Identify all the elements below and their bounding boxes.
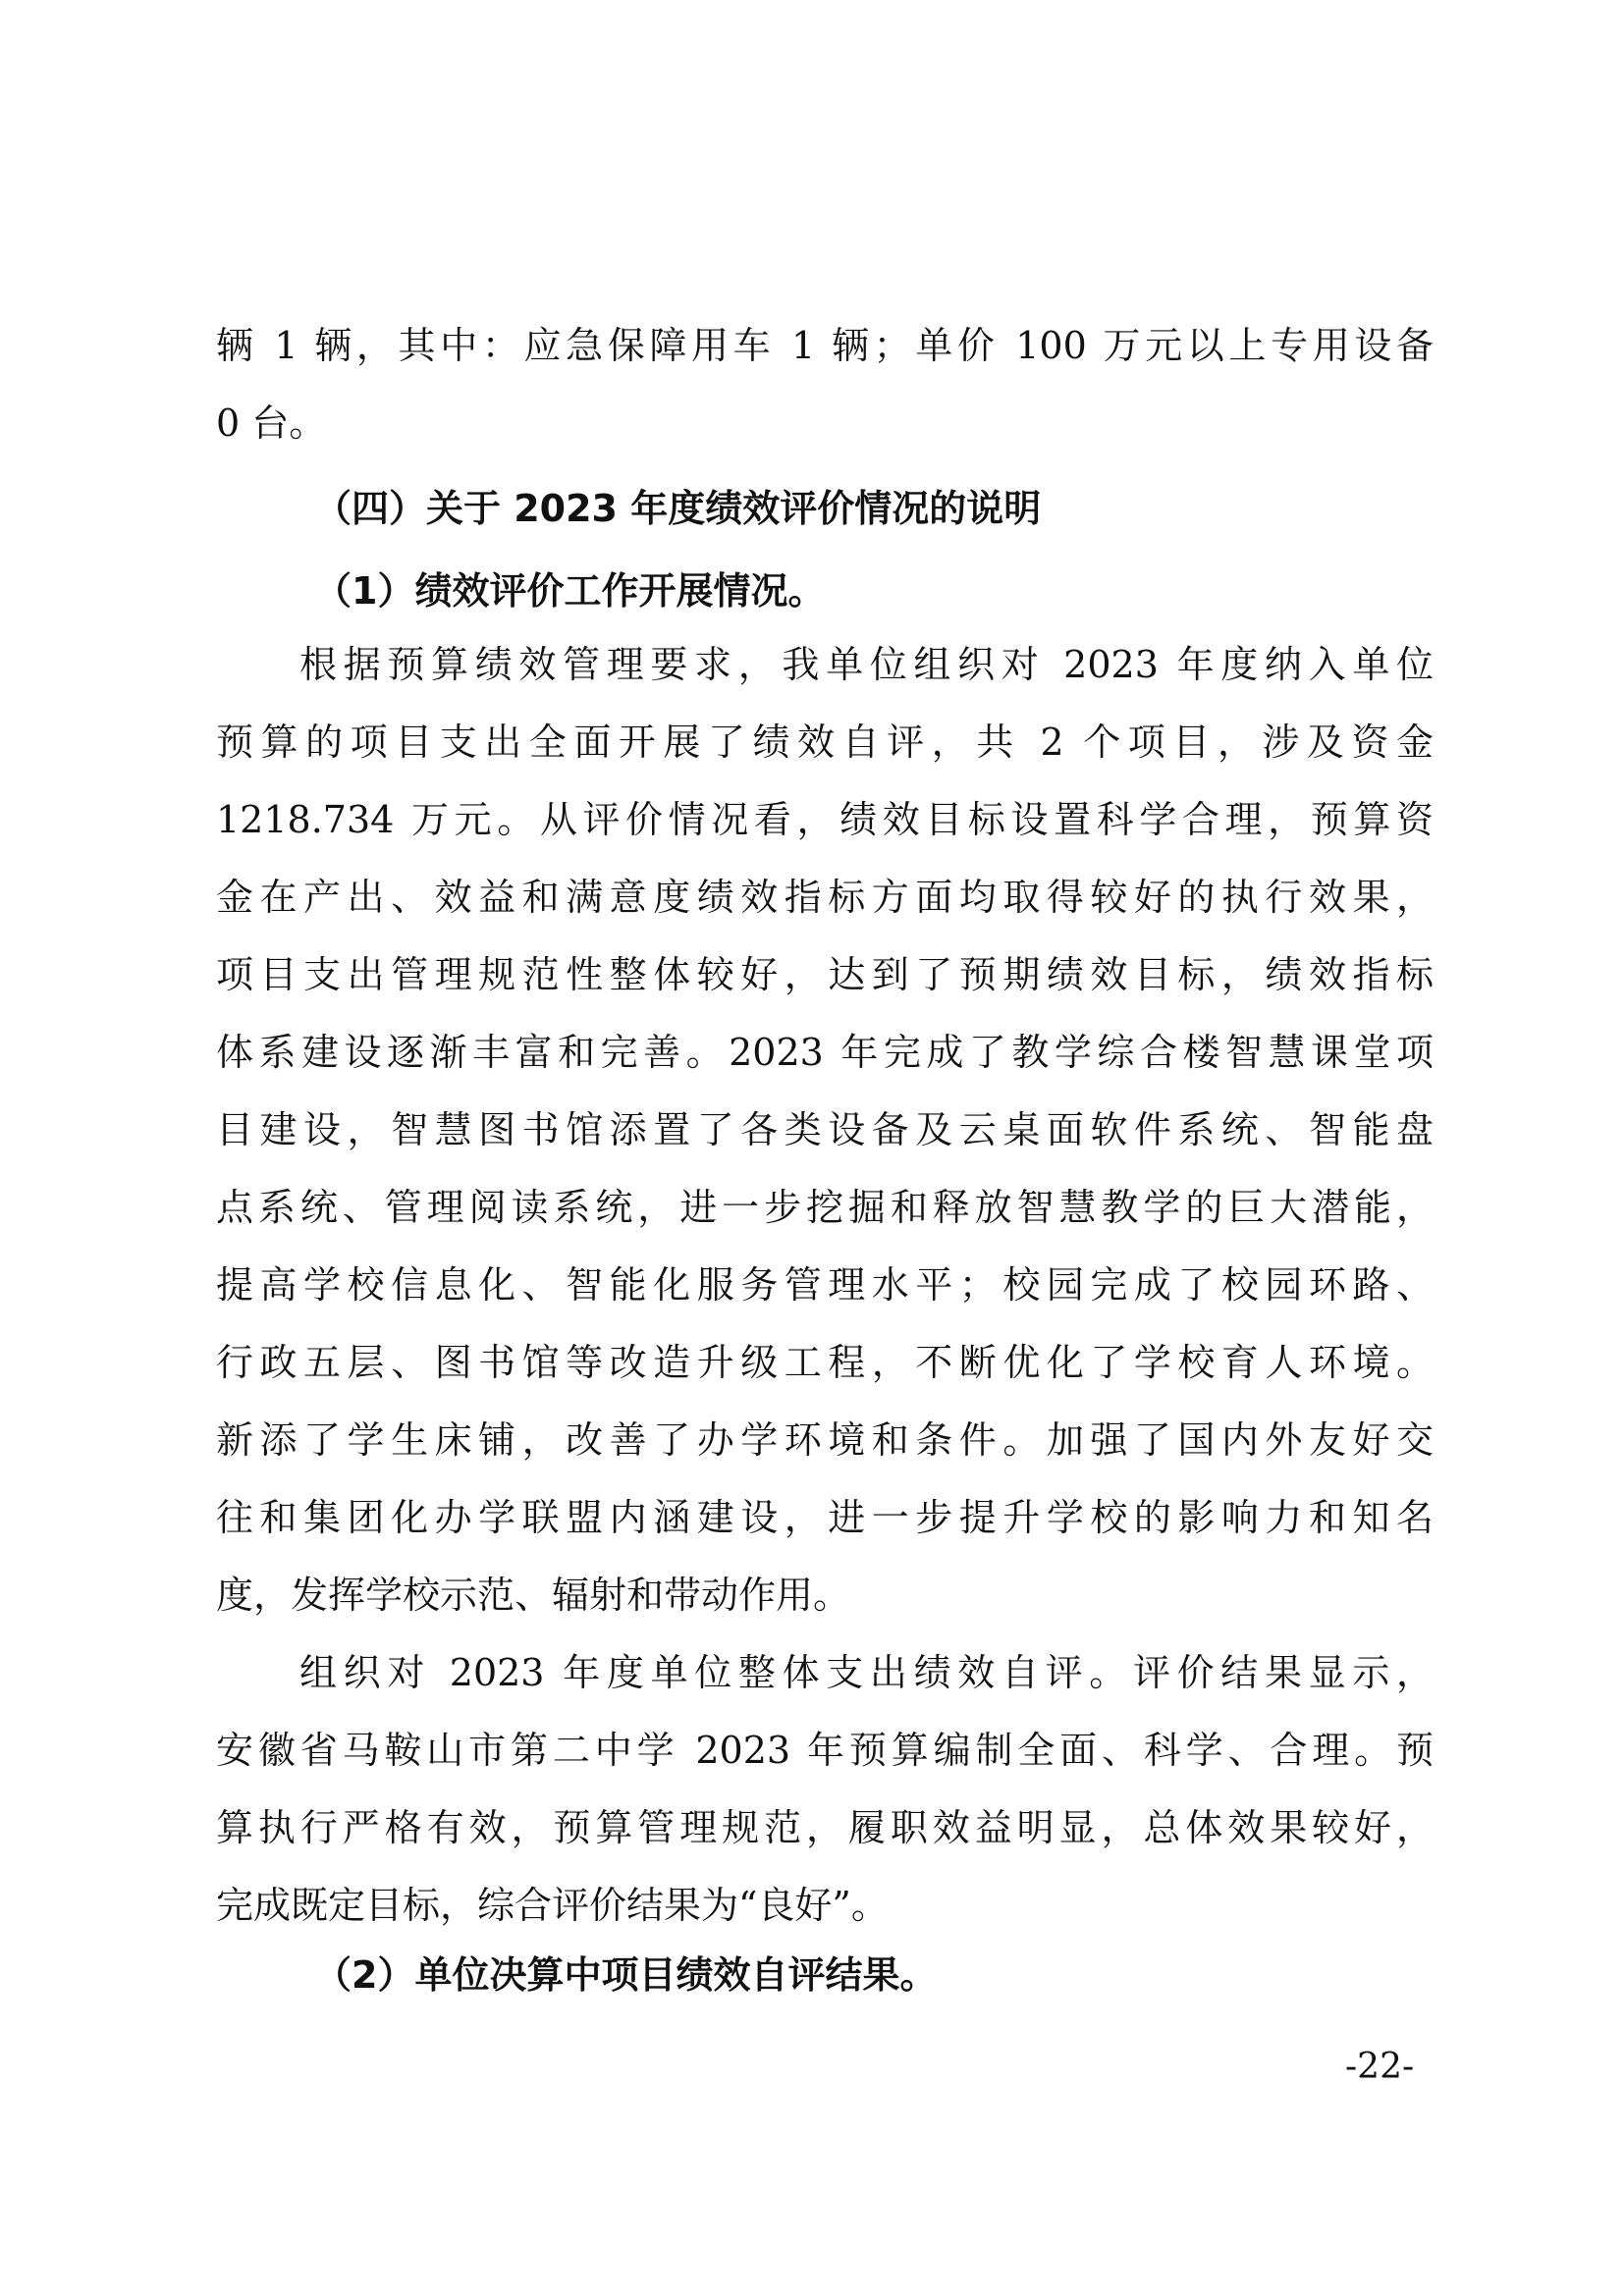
- paragraph-1-line: 提高学校信息化、智能化服务管理水平；校园完成了校园环路、: [216, 1263, 1434, 1307]
- paragraph-1-line: 体系建设逐渐丰富和完善。2023 年完成了教学综合楼智慧课堂项: [216, 1031, 1434, 1074]
- paragraph-1-line: 点系统、管理阅读系统，进一步挖掘和释放智慧教学的巨大潜能，: [216, 1186, 1434, 1229]
- paragraph-1-line: 根据预算绩效管理要求，我单位组织对 2023 年度纳入单位: [299, 643, 1434, 686]
- paragraph-1-line: 度，发挥学校示范、辐射和带动作用。: [216, 1574, 1434, 1617]
- paragraph-1-line: 1218.734 万元。从评价情况看，绩效目标设置科学合理，预算资: [216, 798, 1434, 841]
- body-text-line: 0 台。: [216, 401, 1434, 445]
- paragraph-1-line: 往和集团化办学联盟内涵建设，进一步提升学校的影响力和知名: [216, 1496, 1434, 1539]
- document-page: 辆 1 辆，其中：应急保障用车 1 辆；单价 100 万元以上专用设备 0 台。…: [0, 0, 1624, 2296]
- paragraph-2-line: 组织对 2023 年度单位整体支出绩效自评。评价结果显示，: [299, 1651, 1434, 1694]
- paragraph-2-line: 安徽省马鞍山市第二中学 2023 年预算编制全面、科学、合理。预: [216, 1729, 1434, 1772]
- paragraph-2-line: 算执行严格有效，预算管理规范，履职效益明显，总体效果较好，: [216, 1806, 1434, 1849]
- paragraph-1-line: 新添了学生床铺，改善了办学环境和条件。加强了国内外友好交: [216, 1418, 1434, 1462]
- page-number: -22-: [1345, 2046, 1414, 2089]
- section-heading: （四）关于 2023 年度绩效评价情况的说明: [314, 487, 1041, 530]
- body-text-line: 辆 1 辆，其中：应急保障用车 1 辆；单价 100 万元以上专用设备: [216, 324, 1434, 367]
- paragraph-1-line: 金在产出、效益和满意度绩效指标方面均取得较好的执行效果，: [216, 876, 1434, 919]
- paragraph-1-line: 预算的项目支出全面开展了绩效自评，共 2 个项目，涉及资金: [216, 721, 1434, 764]
- paragraph-2-line: 完成既定目标，综合评价结果为“良好”。: [216, 1884, 1434, 1927]
- subsection-heading-1: （1）绩效评价工作开展情况。: [314, 569, 825, 613]
- paragraph-1-line: 项目支出管理规范性整体较好，达到了预期绩效目标，绩效指标: [216, 953, 1434, 996]
- paragraph-1-line: 行政五层、图书馆等改造升级工程，不断优化了学校育人环境。: [216, 1341, 1434, 1384]
- paragraph-1-line: 目建设，智慧图书馆添置了各类设备及云桌面软件系统、智能盘: [216, 1108, 1434, 1151]
- subsection-heading-2: （2）单位决算中项目绩效自评结果。: [314, 1953, 937, 1997]
